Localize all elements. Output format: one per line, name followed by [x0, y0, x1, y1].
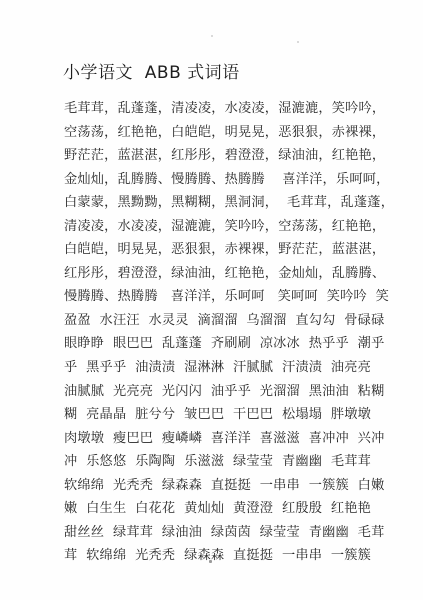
text-line: 清凌凌，水凌凌，湿漉漉，笑吟吟，空荡荡，红艳艳，: [64, 215, 364, 239]
scan-speck: [211, 35, 213, 37]
document-page: 小学语文 ABB 式词语 毛茸茸，乱蓬蓬，清凌凌，水凌凌，湿漉漉，笑吟吟， 空荡…: [0, 0, 423, 600]
word-list: 毛茸茸，乱蓬蓬，清凌凌，水凌凌，湿漉漉，笑吟吟， 空荡荡，红艳艳，白皑皑，明晃晃…: [64, 97, 364, 568]
text-line: 盈盈 水汪汪 水灵灵 滴溜溜 乌溜溜 直勾勾 骨碌碌: [64, 309, 364, 333]
footer-mark: [209, 560, 212, 563]
text-line: 白皑皑，明晃晃，恶狠狠，赤裸裸，野茫茫，蓝湛湛，: [64, 238, 364, 262]
text-line: 糊 亮晶晶 脏兮兮 皱巴巴 干巴巴 松塌塌 胖墩墩: [64, 403, 364, 427]
scan-speck: [297, 41, 299, 43]
text-line: 空荡荡，红艳艳，白皑皑，明晃晃，恶狠狠，赤裸裸，: [64, 121, 364, 145]
text-line: 白蒙蒙，黑黝黝，黑糊糊，黑洞洞， 毛茸茸，乱蓬蓬，: [64, 191, 364, 215]
text-line: 冲 乐悠悠 乐陶陶 乐滋滋 绿莹莹 青幽幽 毛茸茸: [64, 450, 364, 474]
document-title: 小学语文 ABB 式词语: [63, 58, 240, 83]
text-line: 野茫茫，蓝湛湛，红彤彤，碧澄澄，绿油油，红艳艳，: [64, 144, 364, 168]
text-line: 乎 黑乎乎 油渍渍 湿淋淋 汗腻腻 汗渍渍 油亮亮: [64, 356, 364, 380]
text-line: 软绵绵 光秃秃 绿森森 直挺挺 一串串 一簇簇 白嫩: [64, 474, 364, 498]
text-line: 甜丝丝 绿茸茸 绿油油 绿茵茵 绿莹莹 青幽幽 毛茸: [64, 521, 364, 545]
text-line: 眼睁睁 眼巴巴 乱蓬蓬 齐刷刷 凉冰冰 热乎乎 潮乎: [64, 332, 364, 356]
text-line: 肉墩墩 瘦巴巴 瘦嶙嶙 喜洋洋 喜滋滋 喜冲冲 兴冲: [64, 427, 364, 451]
text-line: 茸 软绵绵 光秃秃 绿森森 直挺挺 一串串 一簇簇: [64, 544, 364, 568]
text-line: 红彤彤，碧澄澄，绿油油，红艳艳，金灿灿，乱腾腾、: [64, 262, 364, 286]
text-line: 嫩 白生生 白花花 黄灿灿 黄澄澄 红殷殷 红艳艳: [64, 497, 364, 521]
text-line: 慢腾腾、热腾腾 喜洋洋，乐呵呵 笑呵呵 笑吟吟 笑: [64, 285, 364, 309]
text-line: 油腻腻 光亮亮 光闪闪 油乎乎 光溜溜 黑油油 粘糊: [64, 380, 364, 404]
text-line: 毛茸茸，乱蓬蓬，清凌凌，水凌凌，湿漉漉，笑吟吟，: [64, 97, 364, 121]
text-line: 金灿灿，乱腾腾、慢腾腾、热腾腾 喜洋洋，乐呵呵，: [64, 168, 364, 192]
